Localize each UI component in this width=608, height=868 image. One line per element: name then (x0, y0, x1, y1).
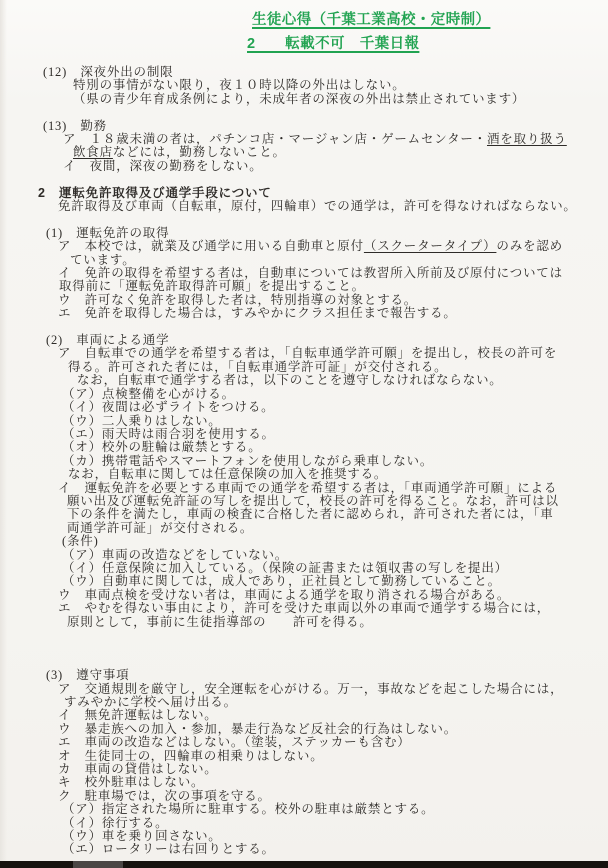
doc-subtitle: 2 転載不可 千葉日報 (247, 32, 608, 56)
doc-line: 免許取得及び車両（自転車，原付，四輪車）での通学は，許可を得なければならない。 (0, 200, 608, 213)
doc-line: イ 運転免許を必要とする車両での通学を希望する者は，「車両通学許可願」による (0, 482, 608, 495)
doc-header: 生徒心得（千葉工業高校・定時制） 2 転載不可 千葉日報 (0, 0, 608, 56)
doc-line: （県の青少年育成条例により，未成年者の深夜の外出は禁止されています） (0, 93, 608, 106)
doc-line: キ 校外駐車はしない。 (0, 776, 608, 789)
doc-line: （ウ）自動車に関しては，成人であり，正社員として勤務していること。 (0, 575, 608, 588)
blank-line (0, 106, 608, 119)
scanned-document-page: 生徒心得（千葉工業高校・定時制） 2 転載不可 千葉日報 (12) 深夜外出の制… (0, 0, 608, 868)
doc-line: オ 生徒同士の，四輪車の相乗りはしない。 (0, 750, 608, 763)
doc-line: イ 無免許運転はしない。 (0, 709, 608, 722)
blank-line (0, 642, 608, 655)
doc-line: イ 夜間，深夜の勤務をしない。 (0, 160, 608, 173)
doc-line: (3) 遵守事項 (0, 669, 608, 682)
doc-line: なお，自転車で通学する者は，以下のことを遵守しなければならない。 (0, 374, 608, 387)
doc-line: 取得前に「運転免許取得許可願」を提出すること。 (0, 280, 608, 293)
doc-line: (条件) (0, 535, 608, 548)
doc-line: ア 自転車での通学を希望する者は，「自転車通学許可願」を提出し，校長の許可を (0, 347, 608, 360)
doc-body: (12) 深夜外出の制限特別の事情がない限り，夜１０時以降の外出はしない。（県の… (0, 66, 608, 857)
blank-line (0, 321, 608, 334)
text-segment: ア １８歳未満の者は，パチンコ店・マージャン店・ゲームセンター・ (63, 132, 487, 146)
doc-title: 生徒心得（千葉工業高校・定時制） (252, 8, 608, 32)
doc-line: （イ）夜間は必ずライトをつける。 (0, 401, 608, 414)
doc-line: エ やむを得ない事由により，許可を受けた車両以外の車両で通学する場合には， (0, 602, 608, 615)
scan-bottom-bar (0, 861, 608, 868)
doc-line: （イ）徐行する。 (0, 817, 608, 830)
underlined-text: 飲食店 (73, 145, 113, 159)
doc-line: なお，自転車に関しては任意保険の加入を推奨する。 (0, 468, 608, 481)
doc-line: (13) 勤務 (0, 120, 608, 133)
text-segment: などには，勤務しないこと。 (113, 145, 286, 159)
doc-line: 飲食店などには，勤務しないこと。 (0, 146, 608, 159)
doc-line: エ 免許を取得した場合は，すみやかにクラス担任まで報告する。 (0, 307, 608, 320)
doc-line: 原則として，事前に生徒指導部の 許可を得る。 (0, 616, 608, 629)
doc-line: 下の条件を満たし，車両の検査に合格した者に認められ，許可された者には，「車 (0, 508, 608, 521)
blank-line (0, 173, 608, 186)
blank-line (0, 629, 608, 642)
doc-line: （ア）指定された場所に駐車する。校外の駐車は厳禁とする。 (0, 803, 608, 816)
doc-line: （ウ）車を乗り回さない。 (0, 830, 608, 843)
scan-bar-highlight (73, 861, 123, 868)
text-segment: ア 本校では，就業及び通学に用いる自動車と原付 (58, 239, 364, 253)
doc-line: ア 本校では，就業及び通学に用いる自動車と原付（スクータータイプ）のみを認め (0, 240, 608, 253)
blank-line (0, 213, 608, 226)
doc-line: （ウ）二人乗りはしない。 (0, 415, 608, 428)
underlined-text: （スクータータイプ） (364, 239, 497, 253)
text-segment: のみを認め (496, 239, 563, 253)
doc-line: 特別の事情がない限り，夜１０時以降の外出はしない。 (0, 79, 608, 92)
doc-line: （エ）ロータリーは右回りとする。 (0, 843, 608, 856)
doc-line: （ア）車両の改造などをしていない。 (0, 549, 608, 562)
underlined-text: 酒を取り扱う (487, 132, 567, 146)
doc-line: ア 交通規則を厳守し，安全運転を心がける。万一，事故などを起こした場合には， (0, 683, 608, 696)
doc-line: （オ）校外の駐輪は厳禁とする。 (0, 441, 608, 454)
doc-line: エ 車両の改造などはしない。（塗装，ステッカーも含む） (0, 736, 608, 749)
